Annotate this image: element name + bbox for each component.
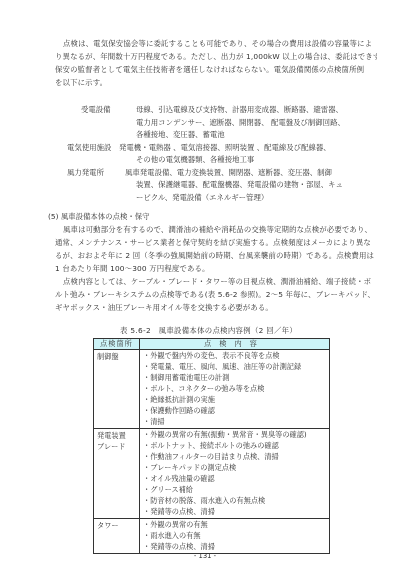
check-item: ・外観で盤内外の変色、表示不良等を点検: [143, 350, 326, 361]
check-item: ・発電量、電圧、風向、風速、油圧等の計測記録: [143, 361, 326, 372]
check-item: ・発錆等の点検、清掃: [143, 541, 326, 552]
check-item: ・作動油フィルターの目詰まり点検、清掃: [143, 451, 326, 462]
check-item: ・発錆等の点検、清掃: [143, 506, 326, 517]
text-line: 通常、メンテナンス・サービス業者と保守契約を結び実施する。点検頻度はメーカにより…: [55, 236, 377, 249]
table-cell-part: タワー: [94, 519, 140, 554]
document-page: 点検は、電気保安協会等に委託することも可能であり、その場合の費用は設備の容量等に…: [0, 0, 410, 580]
column-header-part: 点検箇所: [94, 339, 140, 350]
table-row: 制御盤 ・外観で盤内外の変色、表示不良等を点検 ・発電量、電圧、風向、風速、油圧…: [94, 350, 330, 429]
list-item: 風力発電所 風車発電設備、電力変換装置、開閉器、遮断器、変圧器、制御: [55, 167, 377, 180]
check-item: ・外観の異常の有無: [143, 519, 326, 530]
list-item: 装置、保護継電器、配電盤機器、発電設備の建物・部屋、キュ: [55, 179, 377, 192]
check-item: ・オイル残油量の確認: [143, 473, 326, 484]
list-value: 風車発電設備、電力変換装置、開閉器、遮断器、変圧器、制御: [125, 167, 332, 180]
list-item: その他の電気機器類、各種接地工事: [55, 154, 377, 167]
list-value: 電力用コンデンサー、遮断器、開閉器、 配電盤及び制御回路、: [136, 117, 345, 130]
check-item: ・制御用蓄電池電圧の計測: [143, 372, 326, 383]
section-heading: (5) 風車設備本体の点検・保守: [48, 211, 150, 222]
inspection-table: 点検箇所 点検内容 制御盤 ・外観で盤内外の変色、表示不良等を点検 ・発電量、電…: [93, 338, 330, 554]
list-item: 受電設備 母線、引込電線及び支持物、計器用変成器、断路器、避雷器、: [55, 104, 377, 117]
check-item: ・絶縁抵抗計測の実施: [143, 394, 326, 405]
check-item: ・雨水進入の有無: [143, 530, 326, 541]
table-cell-items: ・外観の異常の有無 ・雨水進入の有無 ・発錆等の点検、清掃: [140, 519, 330, 554]
text-line: を以下に示す。: [55, 76, 377, 89]
table-title: 表 5.6-2 風車設備本体の点検内容例（2 回／年）: [120, 325, 297, 336]
equipment-list: 受電設備 母線、引込電線及び支持物、計器用変成器、断路器、避雷器、 電力用コンデ…: [55, 104, 377, 204]
check-item: ・外観の異常の有無(振動・異常音・異臭等の確認): [143, 429, 326, 440]
check-item: ・ボルトナット、接続ボルトの弛みの確認: [143, 440, 326, 451]
table-row: 発電装置 ブレード ・外観の異常の有無(振動・異常音・異臭等の確認) ・ボルトナ…: [94, 429, 330, 519]
list-item: 各種接地、変圧器、蓄電池: [55, 129, 377, 142]
list-category: 電気使用施設: [67, 142, 111, 155]
text-line: 点検は、電気保安協会等に委託することも可能であり、その場合の費用は設備の容量等に…: [55, 37, 377, 50]
text-line: ギヤボックス・油圧ブレーキ用オイル等を交換する必要がある。: [55, 301, 377, 314]
text-line: 点検内容としては、ケーブル・ブレード・タワー等の目視点検、潤滑油補給、端子接続・…: [55, 275, 377, 288]
list-value: その他の電気機器類、各種接地工事: [136, 154, 254, 167]
check-item: ・ボルト、コネクターの弛み等を点検: [143, 383, 326, 394]
table-cell-part: 制御盤: [94, 350, 140, 429]
check-item: ・グリース補給: [143, 484, 326, 495]
list-category: 受電設備: [81, 104, 111, 117]
check-item: ・防音材の脱落、雨水進入の有無点検: [143, 495, 326, 506]
list-value: ービクル、発電設備（エネルギー管理）: [136, 192, 268, 205]
text-line: ルト弛み・ブレーキシステムの点検等である(表 5.6-2 参照)。2～5 年毎に…: [55, 288, 377, 301]
page-number: - 131 -: [0, 552, 410, 560]
intro-paragraph: 点検は、電気保安協会等に委託することも可能であり、その場合の費用は設備の容量等に…: [55, 37, 377, 89]
text-line: 保安の監督者として電気主任技術者を選任しなければならない。電気設備関係の点検箇所…: [55, 63, 377, 76]
list-item: 電力用コンデンサー、遮断器、開閉器、 配電盤及び制御回路、: [55, 117, 377, 130]
list-item: 電気使用施設 発電機・電熱器 、電気溶接器、照明装置 、配電線及び配線器、: [55, 142, 377, 155]
list-item: ービクル、発電設備（エネルギー管理）: [55, 192, 377, 205]
check-item: ・保護動作回路の確認: [143, 405, 326, 416]
check-item: ・ブレーキパッドの測定点検: [143, 462, 326, 473]
part-line: ブレード: [97, 441, 136, 452]
list-value: 各種接地、変圧器、蓄電池: [136, 129, 225, 142]
text-line: り異なるが、年間数十万円程度である。ただし、出力が 1,000kW 以上の場合は…: [55, 50, 377, 63]
list-value: 母線、引込電線及び支持物、計器用変成器、断路器、避雷器、: [136, 104, 343, 117]
table-row: タワー ・外観の異常の有無 ・雨水進入の有無 ・発錆等の点検、清掃: [94, 519, 330, 554]
table-cell-items: ・外観の異常の有無(振動・異常音・異臭等の確認) ・ボルトナット、接続ボルトの弛…: [140, 429, 330, 519]
column-header-content: 点検内容: [140, 339, 330, 350]
text-line: 1 台あたり年間 100～300 万円程度である。: [55, 262, 377, 275]
list-category: 風力発電所: [67, 167, 104, 180]
table-cell-items: ・外観で盤内外の変色、表示不良等を点検 ・発電量、電圧、風向、風速、油圧等の計測…: [140, 350, 330, 429]
text-line: 風車は可動部分を有するので、潤滑油の補給や消耗品の交換等定期的な点検が必要であり…: [55, 223, 377, 236]
table-header-row: 点検箇所 点検内容: [94, 339, 330, 350]
part-line: 発電装置: [97, 430, 136, 441]
table-cell-part: 発電装置 ブレード: [94, 429, 140, 519]
section-paragraph: 風車は可動部分を有するので、潤滑油の補給や消耗品の交換等定期的な点検が必要であり…: [55, 223, 377, 314]
check-item: ・清掃: [143, 416, 326, 427]
text-line: るが、おおよそ年に 2 回（冬季の強風開始前の時期、台風来襲前の時期）である。点…: [55, 249, 377, 262]
list-value: 装置、保護継電器、配電盤機器、発電設備の建物・部屋、キュ: [136, 179, 343, 192]
list-value: 発電機・電熱器 、電気溶接器、照明装置 、配電線及び配線器、: [119, 142, 331, 155]
